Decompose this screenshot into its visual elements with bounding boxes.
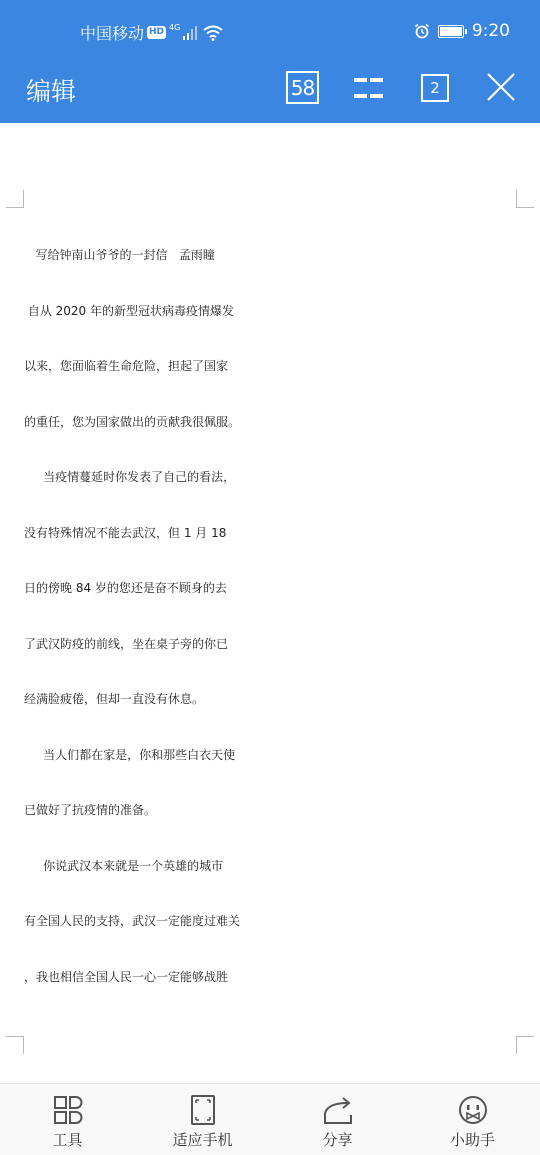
doc-line: 已做好了抗疫情的准备。 [24,801,254,820]
document-page[interactable]: 写给钟南山爷爷的一封信 孟雨瞳 自从 2020 年的新型冠状病毒疫情爆发 以来，… [0,123,540,1083]
tools-label: 工具 [52,1129,82,1150]
margin-corner-bottom-left [6,1036,24,1054]
share-icon [322,1095,354,1125]
doc-line: 写给钟南山爷爷的一封信 孟雨瞳 [24,246,254,265]
close-button[interactable] [484,70,518,104]
status-bar: 中国移动 HD 4G 9:20 [0,0,540,62]
clock: 9:20 [472,21,510,41]
grid-icon-cell [370,94,383,98]
fit-screen-button[interactable]: 适应手机 [135,1084,270,1155]
network-type: 4G [169,23,180,32]
doc-line: 你说武汉本来就是一个英雄的城市 [24,857,254,876]
doc-line: ，我也相信全国人民一心一定能够战胜 [24,968,254,987]
document-body[interactable]: 写给钟南山爷爷的一封信 孟雨瞳 自从 2020 年的新型冠状病毒疫情爆发 以来，… [24,209,254,1023]
grid-view-button[interactable] [354,73,383,103]
grid-icon [354,78,367,82]
fit-screen-label: 适应手机 [172,1129,232,1150]
battery-icon [438,25,464,38]
tools-button[interactable]: 工具 [0,1084,135,1155]
doc-line: 日的傍晚 84 岁的您还是奋不顾身的去 [24,579,254,598]
tools-icon [53,1095,83,1125]
share-button[interactable]: 分享 [270,1084,405,1155]
assistant-icon [457,1094,489,1126]
share-label: 分享 [322,1129,352,1150]
status-right: 9:20 [414,21,510,41]
wifi-icon [203,25,223,41]
current-page-button[interactable]: 2 [421,74,449,102]
margin-corner-bottom-right [516,1036,534,1054]
doc-line: 自从 2020 年的新型冠状病毒疫情爆发 [24,302,254,321]
assistant-label: 小助手 [450,1129,495,1150]
doc-line: 以来，您面临着生命危险，担起了国家 [24,357,254,376]
doc-line: 当疫情蔓延时你发表了自己的看法， [24,468,254,487]
doc-line: 了武汉防疫的前线，坐在桌子旁的你已 [24,635,254,654]
signal-icon [183,26,197,40]
page-title: 编辑 [26,72,76,108]
margin-corner-top-left [6,190,24,208]
doc-line: 经满脸疲倦，但却一直没有休息。 [24,690,254,709]
hd-icon: HD [147,26,166,39]
grid-icon-cell [354,94,367,98]
alarm-icon [414,23,430,39]
doc-line: 没有特殊情况不能去武汉，但 1 月 18 [24,524,254,543]
close-icon [486,72,516,102]
margin-corner-top-right [516,190,534,208]
carrier-info: 中国移动 HD 4G [80,21,223,44]
app-header: 中国移动 HD 4G 9:20 [0,0,540,123]
page-count-button[interactable]: 58 [286,71,319,104]
doc-line: 的重任，您为国家做出的贡献我很佩服。 [24,413,254,432]
doc-line: 当人们都在家是，你和那些白衣天使 [24,746,254,765]
doc-line: 有全国人民的支持，武汉一定能度过难关 [24,912,254,931]
fit-screen-icon [190,1095,216,1125]
grid-icon-cell [370,78,383,82]
bottom-toolbar: 工具 适应手机 分享 小助手 [0,1083,540,1155]
assistant-button[interactable]: 小助手 [405,1084,540,1155]
carrier-name: 中国移动 [80,21,144,44]
